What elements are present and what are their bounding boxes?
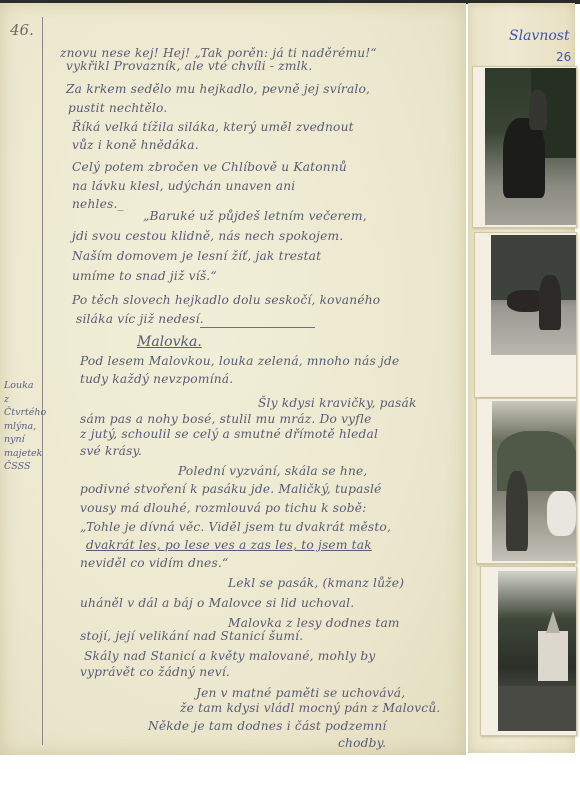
text-line: Šly kdysi kravičky, pasák [258,396,417,410]
margin-note-line: ČSSS [4,460,44,474]
boy-shape [506,471,528,551]
text-line: Naším domovem je lesní žíť, jak trestat [72,249,321,263]
margin-note-line: z Čtvrtého [4,393,44,420]
text-line: že tam kdysi vládl mocný pán z Malovců. [180,701,440,715]
text-line: Po těch slovech hejkadlo dolu seskočí, k… [72,293,380,307]
text-line: stojí, její velikání nad Stanicí šumí. [80,629,303,643]
text-line: z jutý, schoulil se celý a smutné dřímot… [80,427,378,441]
notebook-page-left: 46. znovu nese kej! Hej! „Tak porěn: já … [0,3,466,755]
photo-frame-calf-street [474,232,577,398]
calf-shape [547,491,576,536]
album-heading: Slavnost [509,28,570,44]
text-line: Malovka z lesy dodnes tam [228,616,400,630]
margin-note-line: nyní [4,433,44,447]
text-line: vyprávět co žádný neví. [80,665,230,679]
text-line: sám pas a nohy bosé, stulil mu mráz. Do … [80,412,371,426]
photo-frame-chapel [480,566,577,736]
text-line: Polední vyzvání, skála se hne, [178,464,367,478]
text-line: tudy každý nevzpomíná. [80,372,233,386]
text-line: vousy má dlouhé, rozmlouvá po tichu k so… [80,501,367,515]
section-divider [200,327,315,328]
photo-frame-boy-calf [476,398,577,564]
chapel-tower-shape [546,611,560,633]
text-line: Skály nad Stanicí a květy malované, mohl… [84,649,376,663]
text-line: Říká velká tížila siláka, který uměl zve… [72,120,354,134]
chapel-shape [538,631,568,681]
text-line: umíme to snad již víš.“ [72,269,217,283]
text-line: Za krkem sedělo mu hejkadlo, pevně jej s… [66,82,370,96]
text-line: Celý potem zbročen ve Chlíbově u Katonnů [72,160,347,174]
text-line: neviděl co vidím dnes.“ [80,556,228,570]
margin-note: Louka z Čtvrtého mlýna, nyní majetek ČSS… [4,379,44,474]
page-number: 46. [10,21,34,39]
text-line: jdi svou cestou klidně, nás nech spokoje… [72,229,343,243]
text-line: siláka víc již nedesí. [76,312,204,326]
text-line: vykřikl Provazník, ale vté chvíli - zmlk… [66,59,312,73]
horse-shape [503,118,545,198]
text-line: dvakrát les, po lese ves a zas les, to j… [86,538,372,552]
photo-frame-horseman [472,66,577,228]
album-number: 26 [556,50,571,64]
margin-note-line: Louka [4,379,44,393]
text-line: „Baruké už půjdeš letním večerem, [143,209,367,223]
text-line: na lávku klesl, udýchán unaven ani [72,179,295,193]
text-line: „Tohle je dívná věc. Viděl jsem tu dvakr… [80,520,391,534]
text-line: nehles._ [72,197,124,211]
text-line: podivné stvoření k pasáku jde. Maličký, … [80,482,382,496]
text-line: chodby. [338,736,386,750]
photo-calf-street[interactable] [491,235,576,355]
text-line: Někde je tam dodnes i část podzemní [148,719,387,733]
margin-note-line: mlýna, [4,420,44,434]
text-line: své krásy. [80,444,142,458]
text-line: Pod lesem Malovkou, louka zelená, mnoho … [80,354,399,368]
men-shape [539,275,561,330]
crowd-shape [498,686,576,731]
text-line: pustit nechtělo. [68,101,167,115]
margin-note-line: majetek [4,447,44,461]
text-line: Jen v matné paměti se uchovává, [196,686,405,700]
text-line: Lekl se pasák, (kmanz lůže) [228,576,404,590]
text-line: vůz i koně hnědáka. [72,138,199,152]
photo-horseman[interactable] [485,68,576,225]
text-line: znovu nese kej! Hej! „Tak porěn: já ti n… [60,46,377,60]
photo-boy-calf[interactable] [492,401,576,561]
section-title: Malovka. [137,334,202,350]
text-line: uháněl v dál a báj o Malovce si lid ucho… [80,596,354,610]
photo-chapel-crowd[interactable] [498,571,576,731]
rider-shape [529,90,547,130]
